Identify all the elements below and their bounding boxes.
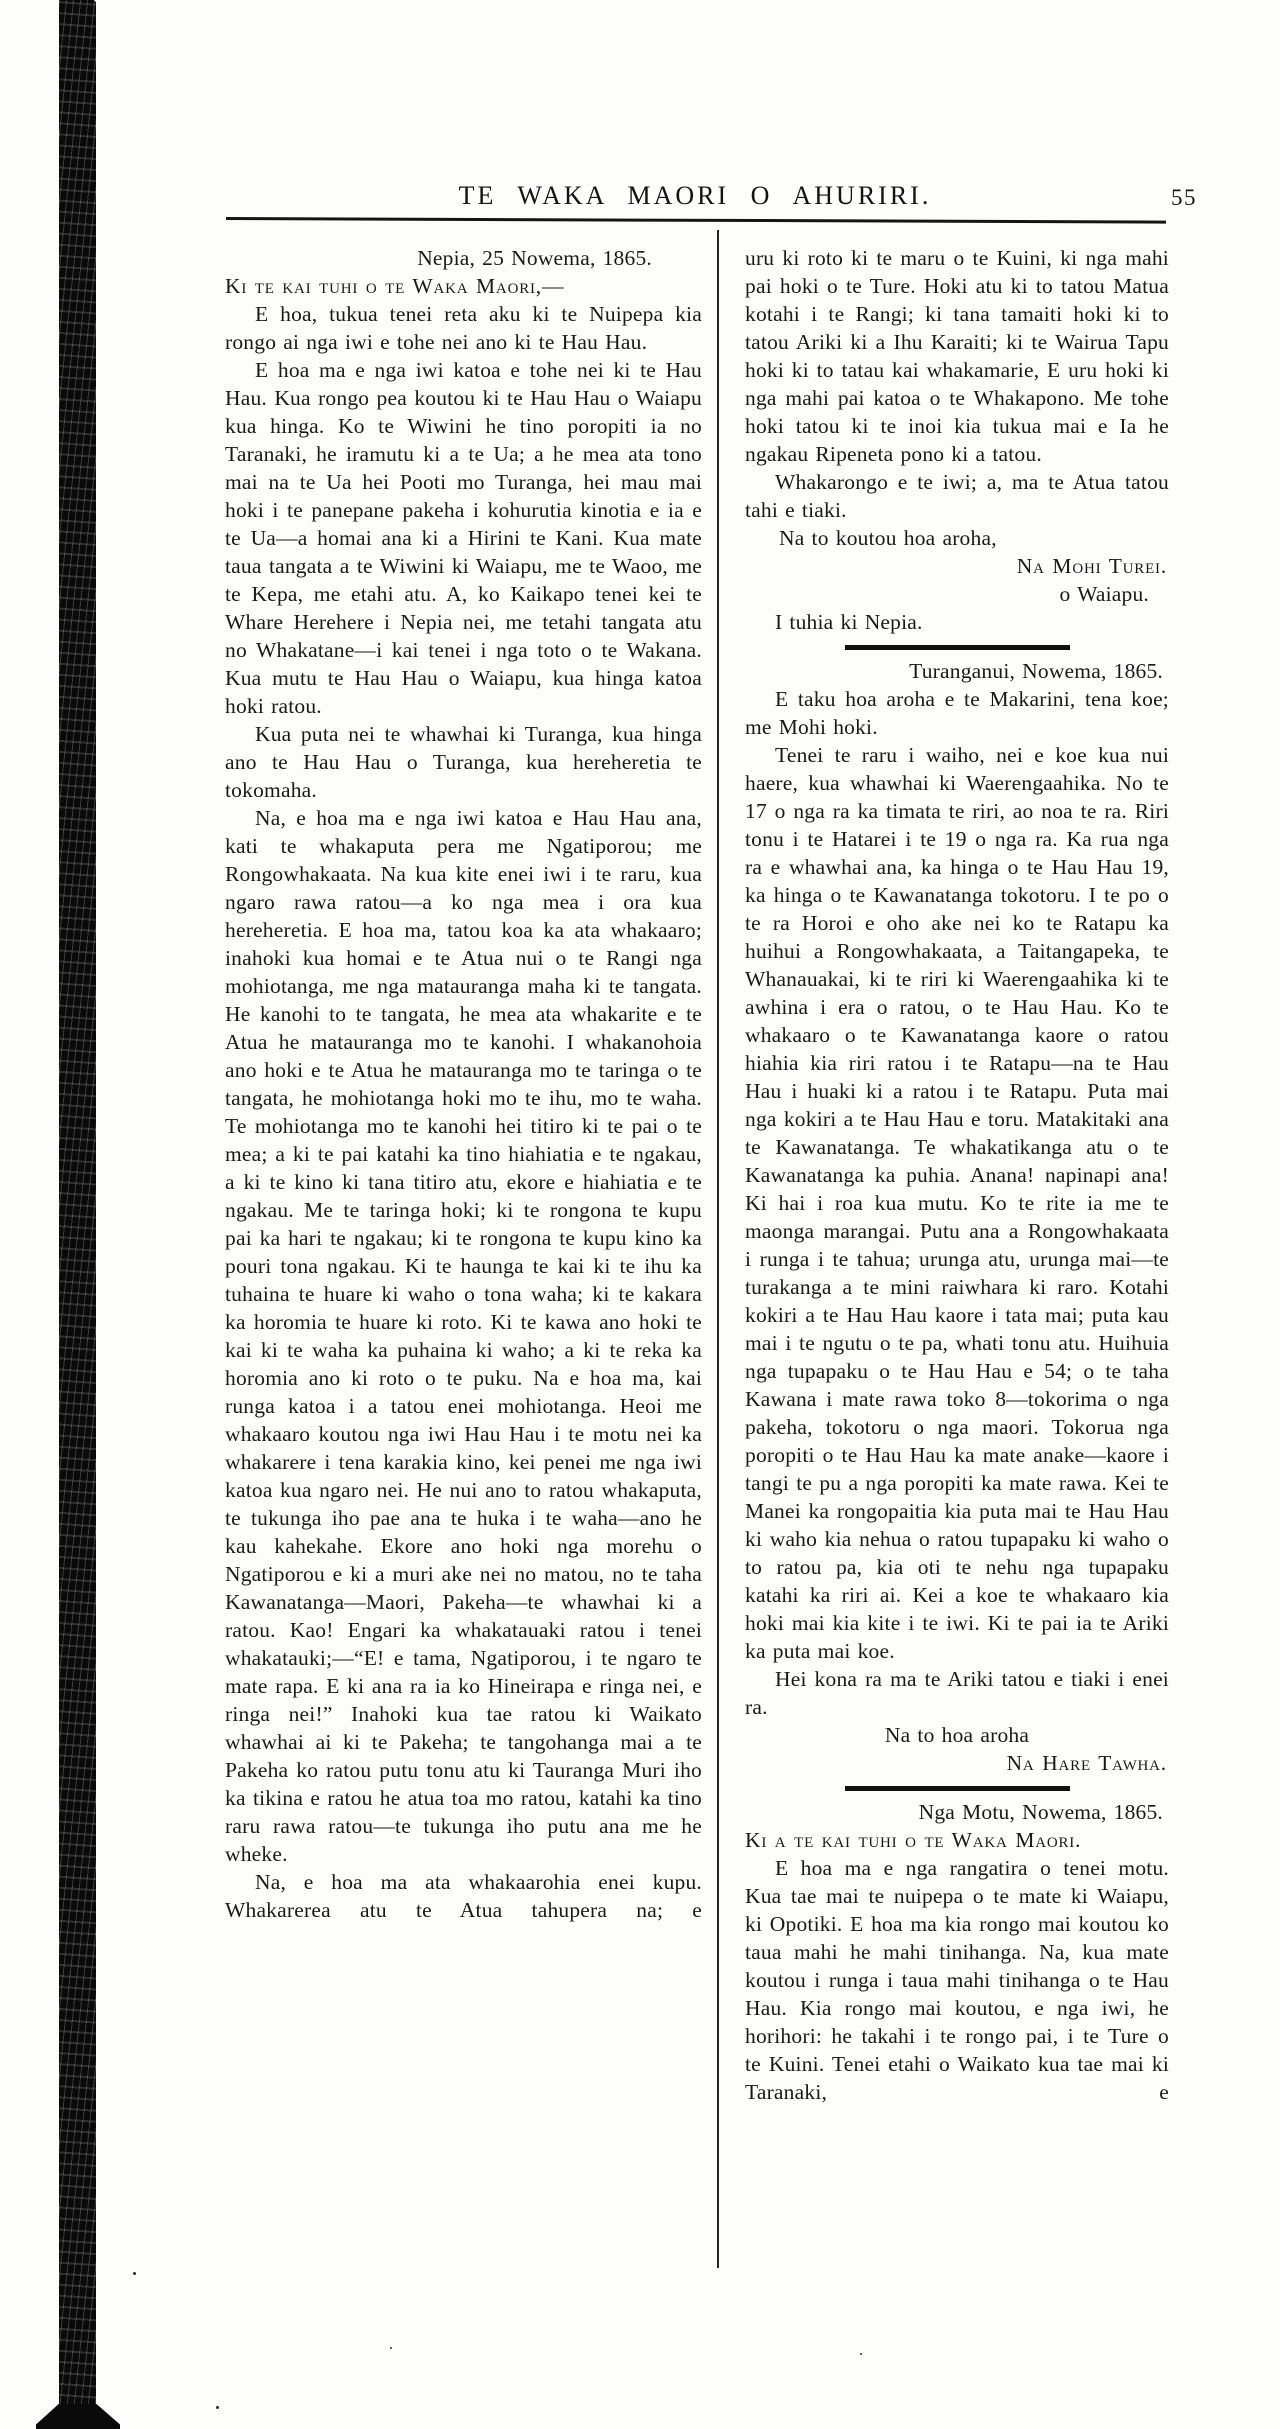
letter1-postscript: I tuhia ki Nepia. — [745, 608, 1169, 636]
letter1-signature: Na Mohi Turei. — [745, 552, 1169, 580]
letter1-paragraph: Kua puta nei te whawhai ki Turanga, kua … — [225, 720, 702, 804]
section-divider-rule — [845, 645, 1070, 650]
letter1-paragraph: E hoa ma e nga iwi katoa e tohe nei ki t… — [225, 356, 702, 720]
letter2-dateline: Turanganui, Nowema, 1865. — [745, 657, 1169, 685]
letter3-paragraph: E hoa ma e nga rangatira o tenei motu. K… — [745, 1854, 1169, 2106]
letter1-paragraph: Whakarongo e te iwi; a, ma te Atua tatou… — [745, 468, 1169, 524]
letter2-paragraph: Hei kona ra ma te Ariki tatou e tiaki i … — [745, 1665, 1169, 1721]
letter1-paragraph: Na, e hoa ma e nga iwi katoa e Hau Hau a… — [225, 804, 702, 1868]
letter1-closing: Na to koutou hoa aroha, — [745, 524, 1169, 552]
letter1-signature-place: o Waiapu. — [745, 580, 1169, 608]
letter1-paragraph: Na, e hoa ma ata whakaarohia enei kupu. … — [225, 1868, 702, 1924]
letter2-paragraph: E taku hoa aroha e te Makarini, tena koe… — [745, 685, 1169, 741]
letter1-dateline: Nepia, 25 Nowema, 1865. — [225, 244, 702, 272]
letter2-paragraph: Tenei te raru i waiho, nei e koe kua nui… — [745, 741, 1169, 1665]
binding-edge-strip — [59, 0, 96, 2429]
masthead-rule — [226, 217, 1166, 224]
binding-edge-foot — [36, 2404, 120, 2429]
page-title: TE WAKA MAORI O AHURIRI. — [225, 181, 1165, 211]
scan-speck — [860, 2353, 862, 2355]
column-divider-rule — [717, 230, 719, 2268]
letter3-dateline: Nga Motu, Nowema, 1865. — [745, 1798, 1169, 1826]
scan-speck — [133, 2272, 136, 2275]
letter2-closing: Na to hoa aroha — [745, 1721, 1169, 1749]
letter1-paragraph-continuation: uru ki roto ki te maru o te Kuini, ki ng… — [745, 244, 1169, 468]
scan-speck — [216, 2406, 219, 2409]
letter1-paragraph: E hoa, tukua tenei reta aku ki te Nuipep… — [225, 300, 702, 356]
scan-speck — [390, 2347, 392, 2349]
letter3-salutation: Ki a te kai tuhi o te Waka Maori. — [745, 1826, 1169, 1854]
page-number: 55 — [1171, 185, 1197, 211]
section-divider-rule — [845, 1786, 1070, 1791]
right-column: uru ki roto ki te maru o te Kuini, ki ng… — [745, 244, 1169, 2106]
letter1-salutation: Ki te kai tuhi o te Waka Maori,— — [225, 272, 702, 300]
left-column: Nepia, 25 Nowema, 1865. Ki te kai tuhi o… — [225, 244, 702, 1924]
letter2-signature: Na Hare Tawha. — [745, 1749, 1169, 1777]
